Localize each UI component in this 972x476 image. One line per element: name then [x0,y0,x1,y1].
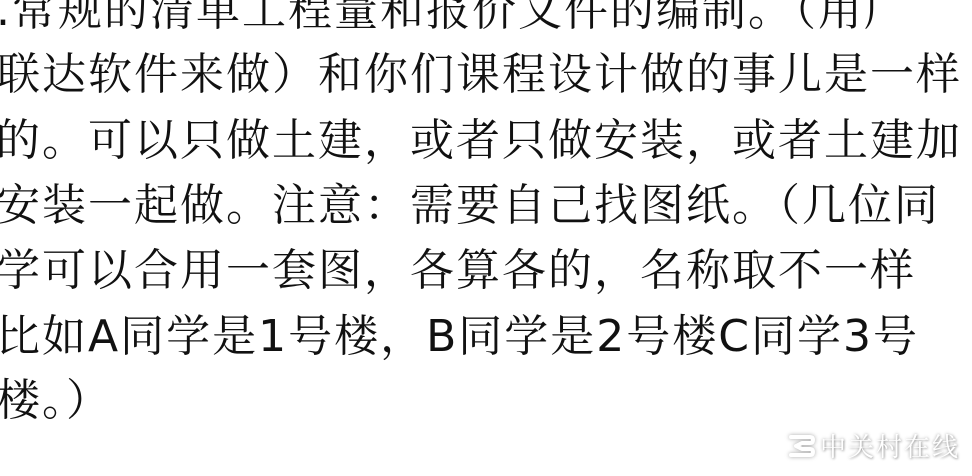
text-line-3: 的。可以只做土建，或者只做安装，或者土建加 [0,116,962,166]
zol-logo-icon [788,433,816,459]
text-line-4: 安装一起做。注意：需要自己找图纸。（几位同 [0,181,940,231]
watermark: 中关村在线 [788,427,960,464]
text-line-6: 比如A同学是1号楼，B同学是2号楼C同学3号 [0,312,919,362]
watermark-text: 中关村在线 [820,427,960,464]
text-line-7: 楼。） [0,376,112,426]
handwritten-note-page: .常规的清单工程量和报价文件的编制。（用广 联达软件来做）和你们课程设计做的事儿… [0,0,972,476]
text-line-5: 学可以合用一套图，各算各的，名称取不一样 [0,246,916,296]
text-line-2: 联达软件来做）和你们课程设计做的事儿是一样 [0,50,962,100]
text-line-1: .常规的清单工程量和报价文件的编制。（用广 [0,0,910,36]
